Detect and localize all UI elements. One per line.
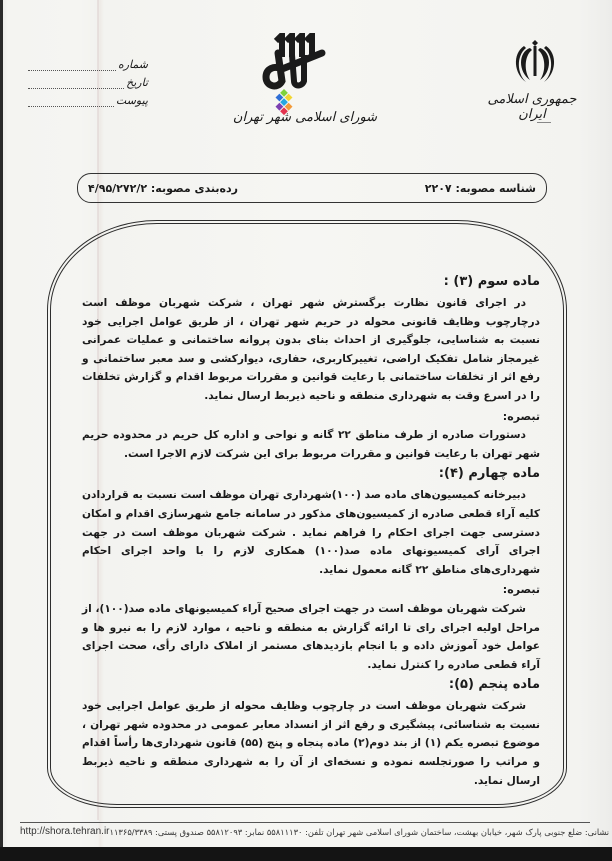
footer-divider (20, 822, 590, 823)
approval-class: رده‌بندی مصوبه: ۴/۹۵/۲۷۲/۲ (88, 182, 238, 195)
ref-number-field: شماره (28, 53, 148, 71)
scan-edge (0, 0, 3, 861)
article-body: شرکت شهربان موظف است در چارچوب وظایف محو… (82, 697, 540, 790)
divider (537, 122, 551, 123)
article-3: ماده سوم (۳) : در اجرای قانون نظارت برگس… (82, 273, 540, 463)
article-4: ماده چهارم (۴): دبیرخانه کمیسیون‌های ماد… (82, 465, 540, 674)
document-body: ماده سوم (۳) : در اجرای قانون نظارت برگس… (82, 273, 540, 792)
ref-number-label: شماره (118, 58, 148, 71)
footer-website-link[interactable]: http://shora.tehran.ir (20, 826, 110, 837)
document-page: جمهوری اسلامی ایران شورای اسلامی شهر تهر… (0, 0, 612, 861)
ref-number-line (28, 59, 116, 71)
reference-fields: شماره تاریخ پیوست (28, 53, 148, 107)
iran-emblem-icon (510, 36, 560, 86)
article-5: ماده پنجم (۵): شرکت شهربان موظف است در چ… (82, 676, 540, 790)
ref-attachment-field: پیوست (28, 89, 148, 107)
note-body: شرکت شهربان موظف است در جهت اجرای صحیح آ… (82, 600, 540, 674)
ref-date-label: تاریخ (126, 76, 148, 89)
footer-address: نشانی: ضلع جنوبی پارک شهر، خیابان بهشت، … (110, 827, 610, 837)
note-title: تبصره: (82, 581, 540, 600)
council-name: شورای اسلامی شهر تهران (210, 110, 400, 125)
article-heading: ماده چهارم (۴): (82, 465, 540, 483)
article-body: دبیرخانه کمیسیون‌های ماده صد (۱۰۰)شهردار… (82, 486, 540, 579)
note-body: دستورات صادره از طرف مناطق ۲۲ گانه و نوا… (82, 426, 540, 463)
approval-id-value: ۲۲۰۷ (425, 182, 452, 195)
note-title: تبصره: (82, 408, 540, 427)
approval-id: شناسه مصوبه: ۲۲۰۷ (425, 182, 536, 195)
scan-edge-bottom (0, 847, 612, 861)
ref-date-line (28, 77, 124, 89)
ref-attachment-label: پیوست (116, 94, 148, 107)
approval-class-label: رده‌بندی مصوبه: (151, 182, 238, 195)
ref-attachment-line (28, 95, 114, 107)
article-body: در اجرای قانون نظارت برگسترش شهر تهران ،… (82, 294, 540, 406)
ref-date-field: تاریخ (28, 71, 148, 89)
article-heading: ماده پنجم (۵): (82, 676, 540, 694)
article-heading: ماده سوم (۳) : (82, 273, 540, 291)
approval-info-bar: شناسه مصوبه: ۲۲۰۷ رده‌بندی مصوبه: ۴/۹۵/۲… (77, 173, 547, 203)
approval-id-label: شناسه مصوبه: (455, 182, 536, 195)
approval-class-value: ۴/۹۵/۲۷۲/۲ (88, 182, 147, 195)
emblem-caption: جمهوری اسلامی ایران (482, 92, 582, 122)
footer: http://shora.tehran.ir نشانی: ضلع جنوبی … (20, 826, 592, 837)
